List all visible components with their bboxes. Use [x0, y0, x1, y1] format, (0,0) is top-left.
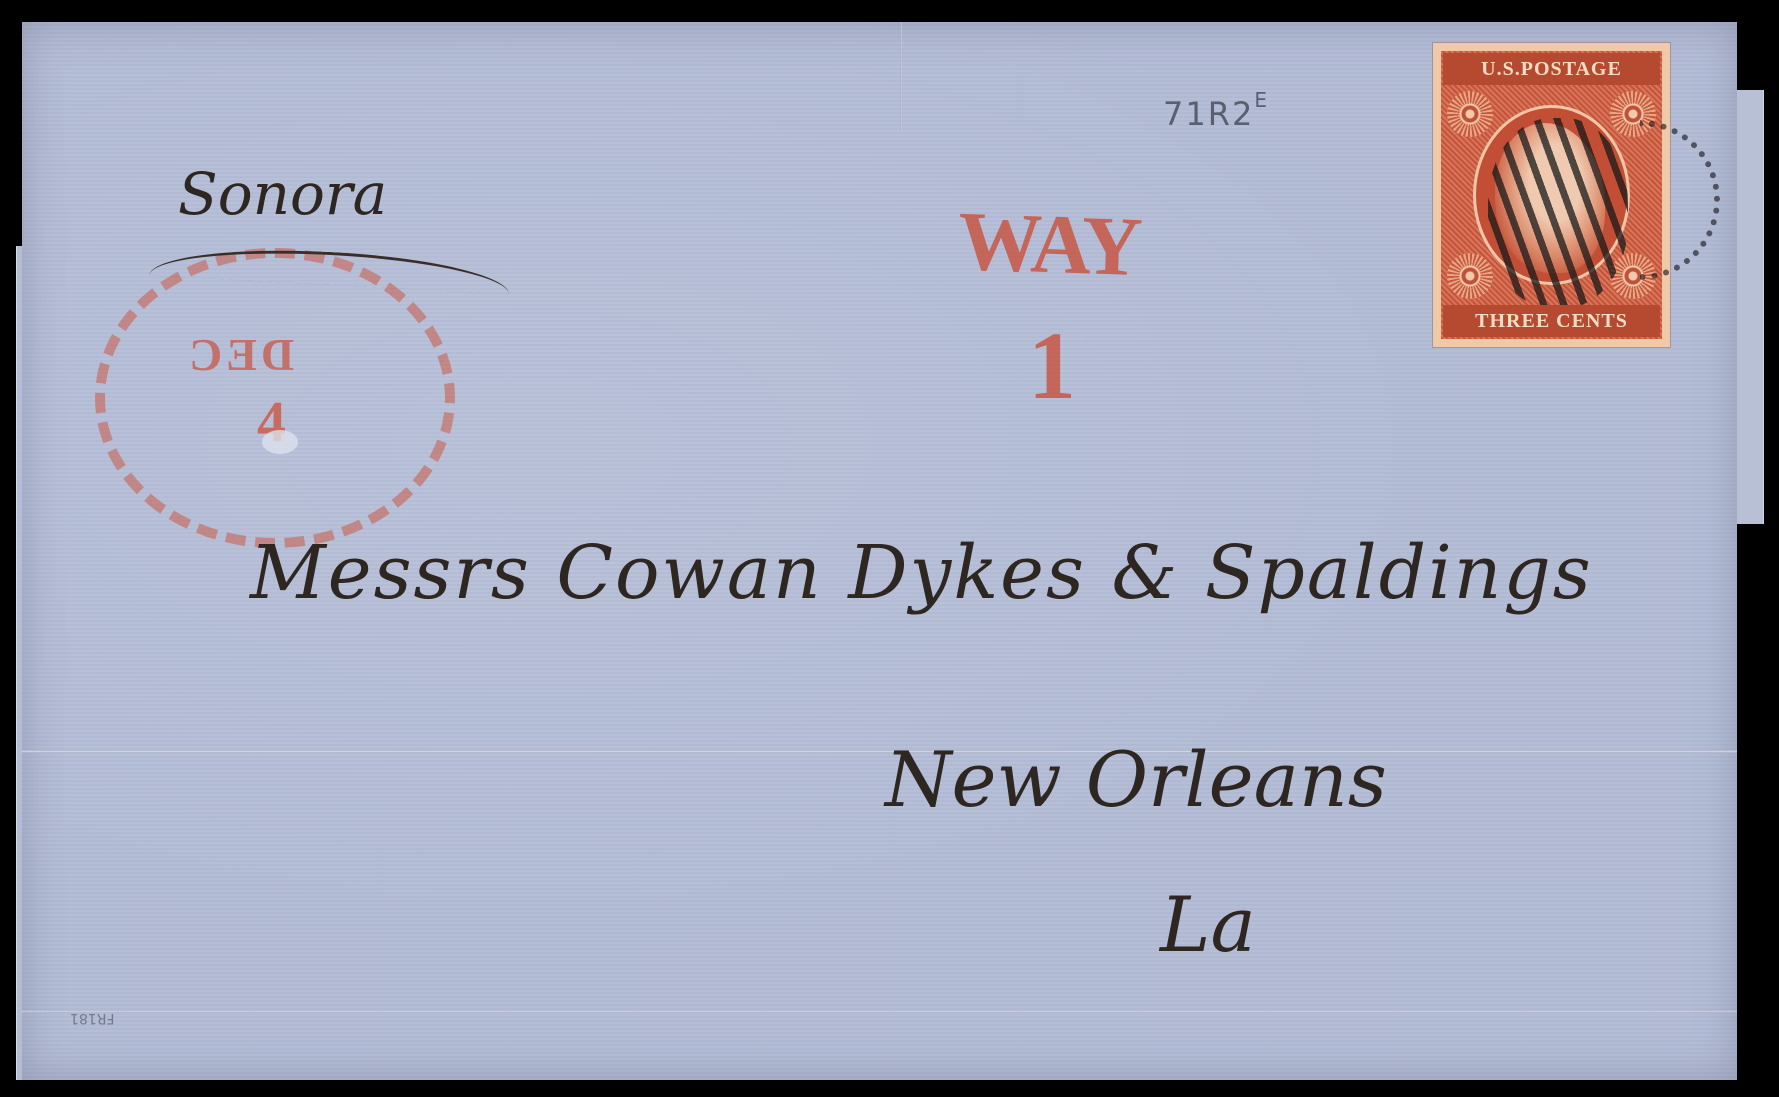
- catalog-number: 71R2: [1163, 95, 1254, 133]
- grid-cancel: [1488, 118, 1628, 308]
- red-circular-datestamp: DEC 4: [95, 248, 455, 548]
- vertical-crease: [900, 22, 902, 132]
- right-flap: [1737, 90, 1764, 524]
- address-city: New Orleans: [885, 735, 1387, 824]
- cds-month: DEC: [185, 328, 294, 381]
- paper-stain: [262, 430, 298, 454]
- address-state: La: [1160, 880, 1256, 969]
- postage-stamp: U.S.POSTAGE THREE CENTS: [1433, 43, 1670, 347]
- way-marking: WAY: [956, 193, 1142, 296]
- addressee: Messrs Cowan Dykes & Spaldings: [250, 530, 1593, 616]
- pencil-catalog-note: 71R2E: [1163, 88, 1269, 133]
- route-instruction: Sonora: [178, 160, 387, 228]
- rosette-icon: [1447, 253, 1493, 299]
- rosette-icon: [1447, 91, 1493, 137]
- way-number: 1: [1028, 310, 1076, 421]
- catalog-superscript: E: [1254, 88, 1269, 112]
- horizontal-fold-bottom: [22, 1010, 1737, 1013]
- horizontal-fold-middle: [22, 750, 1737, 753]
- stamp-bottom-label: THREE CENTS: [1443, 305, 1660, 337]
- stamp-top-label: U.S.POSTAGE: [1443, 53, 1660, 85]
- pencil-back-note: FR181: [70, 1010, 115, 1026]
